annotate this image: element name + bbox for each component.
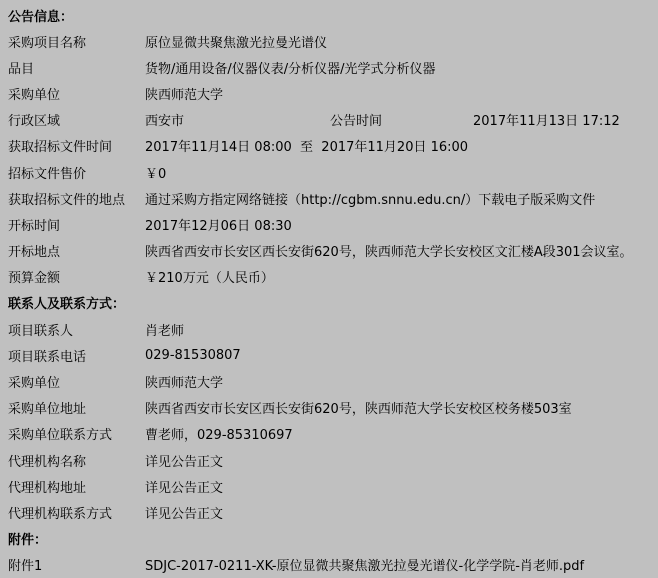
row-label: 代理机构地址 (8, 477, 145, 496)
row-value: 陕西省西安市长安区西长安街620号，陕西师范大学长安校区校务楼503室 (145, 398, 572, 417)
procurement-announcement-page: 公告信息： 采购项目名称 原位显微共聚焦激光拉曼光谱仪 品目 货物/通用设备/仪… (0, 0, 658, 578)
row-value: 通过采购方指定网络链接（http://cgbm.snnu.edu.cn/）下载电… (145, 189, 595, 208)
row-category: 品目 货物/通用设备/仪器仪表/分析仪器/光学式分析仪器 (8, 54, 658, 80)
row-purchaser: 采购单位 陕西师范大学 (8, 81, 658, 107)
row-value: 陕西师范大学 (145, 372, 223, 391)
row-label: 获取招标文件时间 (8, 136, 145, 155)
row-doc-obtain-place: 获取招标文件的地点 通过采购方指定网络链接（http://cgbm.snnu.e… (8, 185, 658, 211)
row-agency-address: 代理机构地址 详见公告正文 (8, 473, 658, 499)
row-label: 预算金额 (8, 267, 145, 286)
row-bid-open-place: 开标地点 陕西省西安市长安区西长安街620号，陕西师范大学长安校区文汇楼A段30… (8, 238, 658, 264)
row-value: 陕西师范大学 (145, 84, 223, 103)
row-label: 项目联系人 (8, 320, 145, 339)
row-value: 2017年11月14日 08:00 至 2017年11月20日 16:00 (145, 136, 468, 155)
row-value: 详见公告正文 (145, 477, 223, 496)
row-attachment-1: 附件1 SDJC-2017-0211-XK-原位显微共聚焦激光拉曼光谱仪-化学学… (8, 552, 658, 578)
row-agency-name: 代理机构名称 详见公告正文 (8, 447, 658, 473)
row-label: 代理机构名称 (8, 451, 145, 470)
row-value: 029-81530807 (145, 348, 241, 363)
row-project-phone: 项目联系电话 029-81530807 (8, 342, 658, 368)
row-label: 采购项目名称 (8, 32, 145, 51)
row-value: 货物/通用设备/仪器仪表/分析仪器/光学式分析仪器 (145, 58, 436, 77)
row-value: 西安市 (145, 110, 330, 129)
row-value: 肖老师 (145, 320, 184, 339)
row-purchaser-contact: 采购单位联系方式 曹老师，029-85310697 (8, 421, 658, 447)
row-purchaser-name: 采购单位 陕西师范大学 (8, 368, 658, 394)
row-label: 开标地点 (8, 241, 145, 260)
row-value: 原位显微共聚焦激光拉曼光谱仪 (145, 32, 327, 51)
row-label: 项目联系电话 (8, 346, 145, 365)
contact-info-title: 联系人及联系方式： (8, 290, 658, 316)
row-label: 采购单位联系方式 (8, 424, 145, 443)
row-label: 行政区域 (8, 110, 145, 129)
row-value-publish-time: 2017年11月13日 17:12 (473, 110, 620, 129)
row-label: 采购单位 (8, 84, 145, 103)
row-budget: 预算金额 ￥210万元（人民币） (8, 264, 658, 290)
row-label: 招标文件售价 (8, 163, 145, 182)
row-project-name: 采购项目名称 原位显微共聚焦激光拉曼光谱仪 (8, 28, 658, 54)
row-label: 采购单位 (8, 372, 145, 391)
row-agency-contact: 代理机构联系方式 详见公告正文 (8, 499, 658, 525)
row-label: 开标时间 (8, 215, 145, 234)
row-value: 陕西省西安市长安区西长安街620号，陕西师范大学长安校区文汇楼A段301会议室。 (145, 241, 633, 260)
row-project-contact: 项目联系人 肖老师 (8, 316, 658, 342)
row-purchaser-address: 采购单位地址 陕西省西安市长安区西长安街620号，陕西师范大学长安校区校务楼50… (8, 395, 658, 421)
row-label: 品目 (8, 58, 145, 77)
row-label: 获取招标文件的地点 (8, 189, 145, 208)
row-doc-price: 招标文件售价 ￥0 (8, 159, 658, 185)
row-region-and-publish-time: 行政区域 西安市 公告时间 2017年11月13日 17:12 (8, 107, 658, 133)
row-doc-obtain-time: 获取招标文件时间 2017年11月14日 08:00 至 2017年11月20日… (8, 133, 658, 159)
row-value: 详见公告正文 (145, 451, 223, 470)
announcement-info-title: 公告信息： (8, 2, 658, 28)
row-label-publish-time: 公告时间 (330, 110, 473, 129)
row-value: 详见公告正文 (145, 503, 223, 522)
row-value: 2017年12月06日 08:30 (145, 215, 292, 234)
attachment-file-link[interactable]: SDJC-2017-0211-XK-原位显微共聚焦激光拉曼光谱仪-化学学院-肖老… (145, 555, 584, 574)
row-value: ￥0 (145, 163, 166, 182)
row-value: ￥210万元（人民币） (145, 267, 274, 286)
row-label: 代理机构联系方式 (8, 503, 145, 522)
row-label: 附件1 (8, 555, 145, 574)
attachments-title: 附件： (8, 525, 658, 551)
row-bid-open-time: 开标时间 2017年12月06日 08:30 (8, 211, 658, 237)
row-label: 采购单位地址 (8, 398, 145, 417)
row-value: 曹老师，029-85310697 (145, 424, 293, 443)
